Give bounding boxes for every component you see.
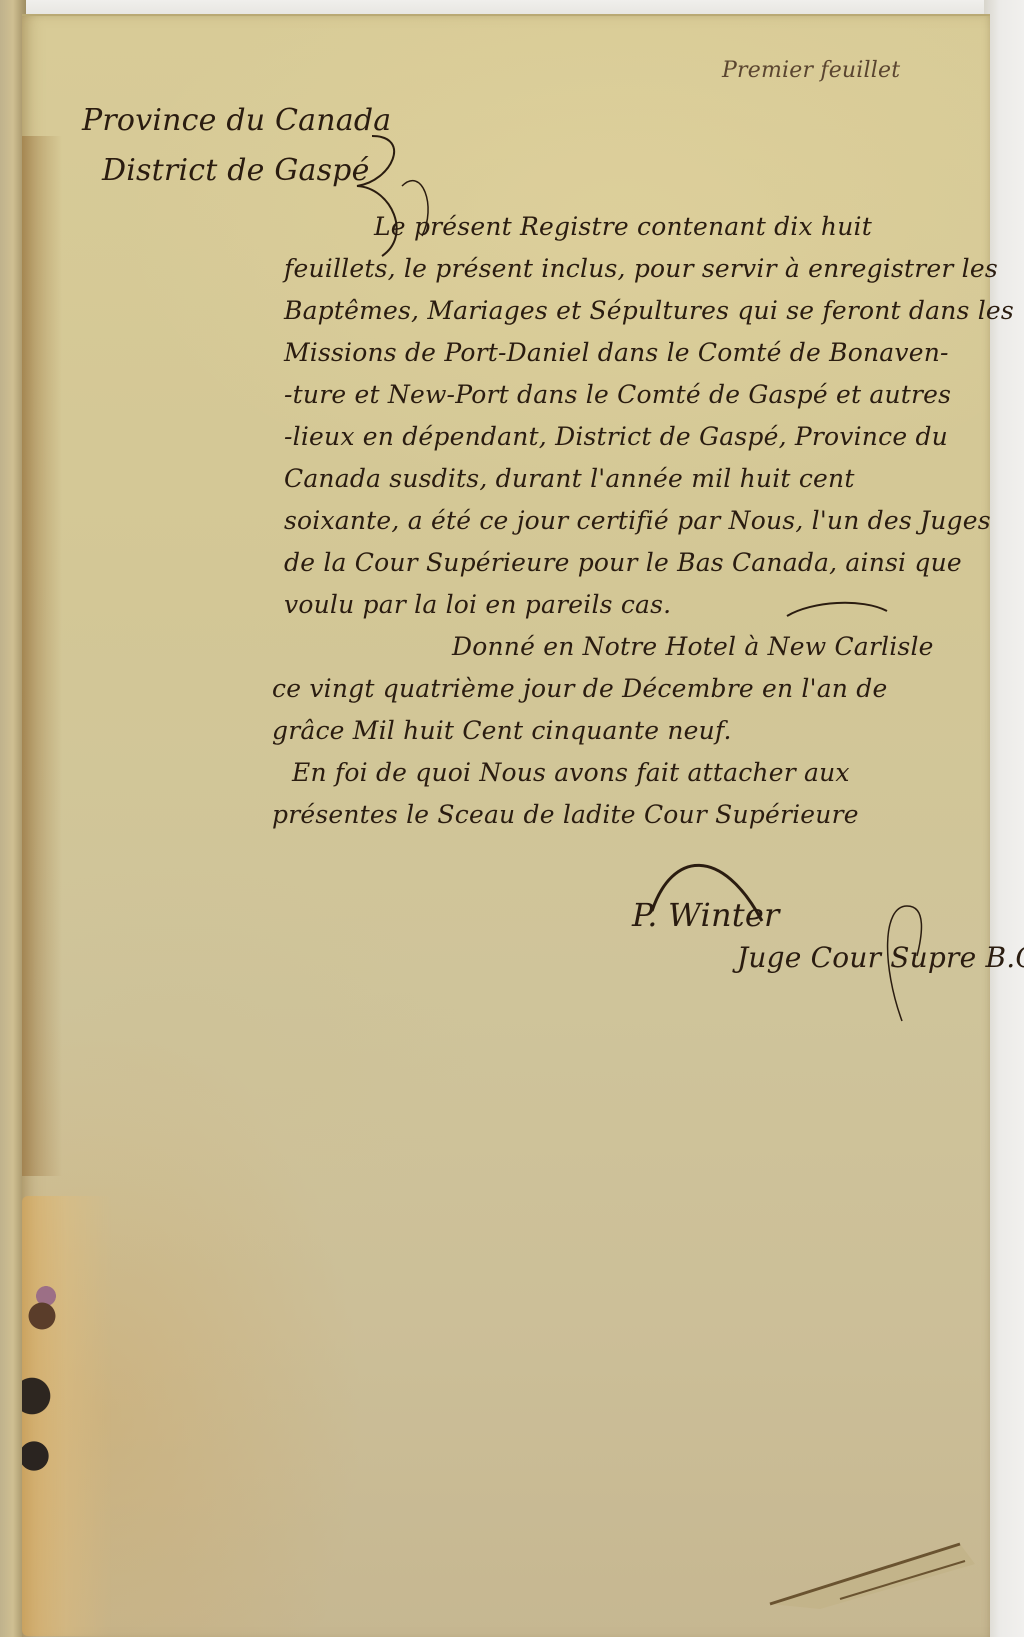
edge-stain xyxy=(22,136,62,1176)
line-end-flourish-icon xyxy=(782,596,892,636)
heading-district: District de Gaspé xyxy=(82,146,391,196)
given-at-text: Donné en Notre Hotel à New Carlisle ce v… xyxy=(272,628,934,838)
body-line: feuillets, le présent inclus, pour servi… xyxy=(284,250,1014,292)
given-line: grâce Mil huit Cent cinquante neuf. xyxy=(272,712,934,754)
given-line: En foi de quoi Nous avons fait attacher … xyxy=(272,754,934,796)
body-line: Missions de Port-Daniel dans le Comté de… xyxy=(284,334,1014,376)
register-page: Premier feuillet Province du Canada Dist… xyxy=(22,14,990,1637)
torn-edge xyxy=(22,1196,112,1636)
given-line: présentes le Sceau de ladite Cour Supéri… xyxy=(272,796,934,838)
title-flourish-icon xyxy=(872,896,932,1026)
body-line: Le présent Registre contenant dix huit xyxy=(284,208,1014,250)
body-line: soixante, a été ce jour certifié par Nou… xyxy=(284,502,1014,544)
body-line: -lieux en dépendant, District de Gaspé, … xyxy=(284,418,1014,460)
heading-province: Province du Canada xyxy=(82,96,391,146)
body-line: voulu par la loi en pareils cas. xyxy=(284,586,1014,628)
fold-crease-icon xyxy=(760,1539,980,1609)
certification-text: Le présent Registre contenant dix huit f… xyxy=(284,208,1014,628)
folio-note: Premier feuillet xyxy=(722,58,900,83)
given-line: ce vingt quatrième jour de Décembre en l… xyxy=(272,670,934,712)
jurisdiction-heading: Province du Canada District de Gaspé xyxy=(82,96,391,196)
body-line: de la Cour Supérieure pour le Bas Canada… xyxy=(284,544,1014,586)
folded-corner xyxy=(760,1539,980,1609)
body-line: Baptêmes, Mariages et Sépultures qui se … xyxy=(284,292,1014,334)
body-line: Canada susdits, durant l'année mil huit … xyxy=(284,460,1014,502)
body-line: -ture et New-Port dans le Comté de Gaspé… xyxy=(284,376,1014,418)
signature-flourish-icon xyxy=(642,851,782,931)
